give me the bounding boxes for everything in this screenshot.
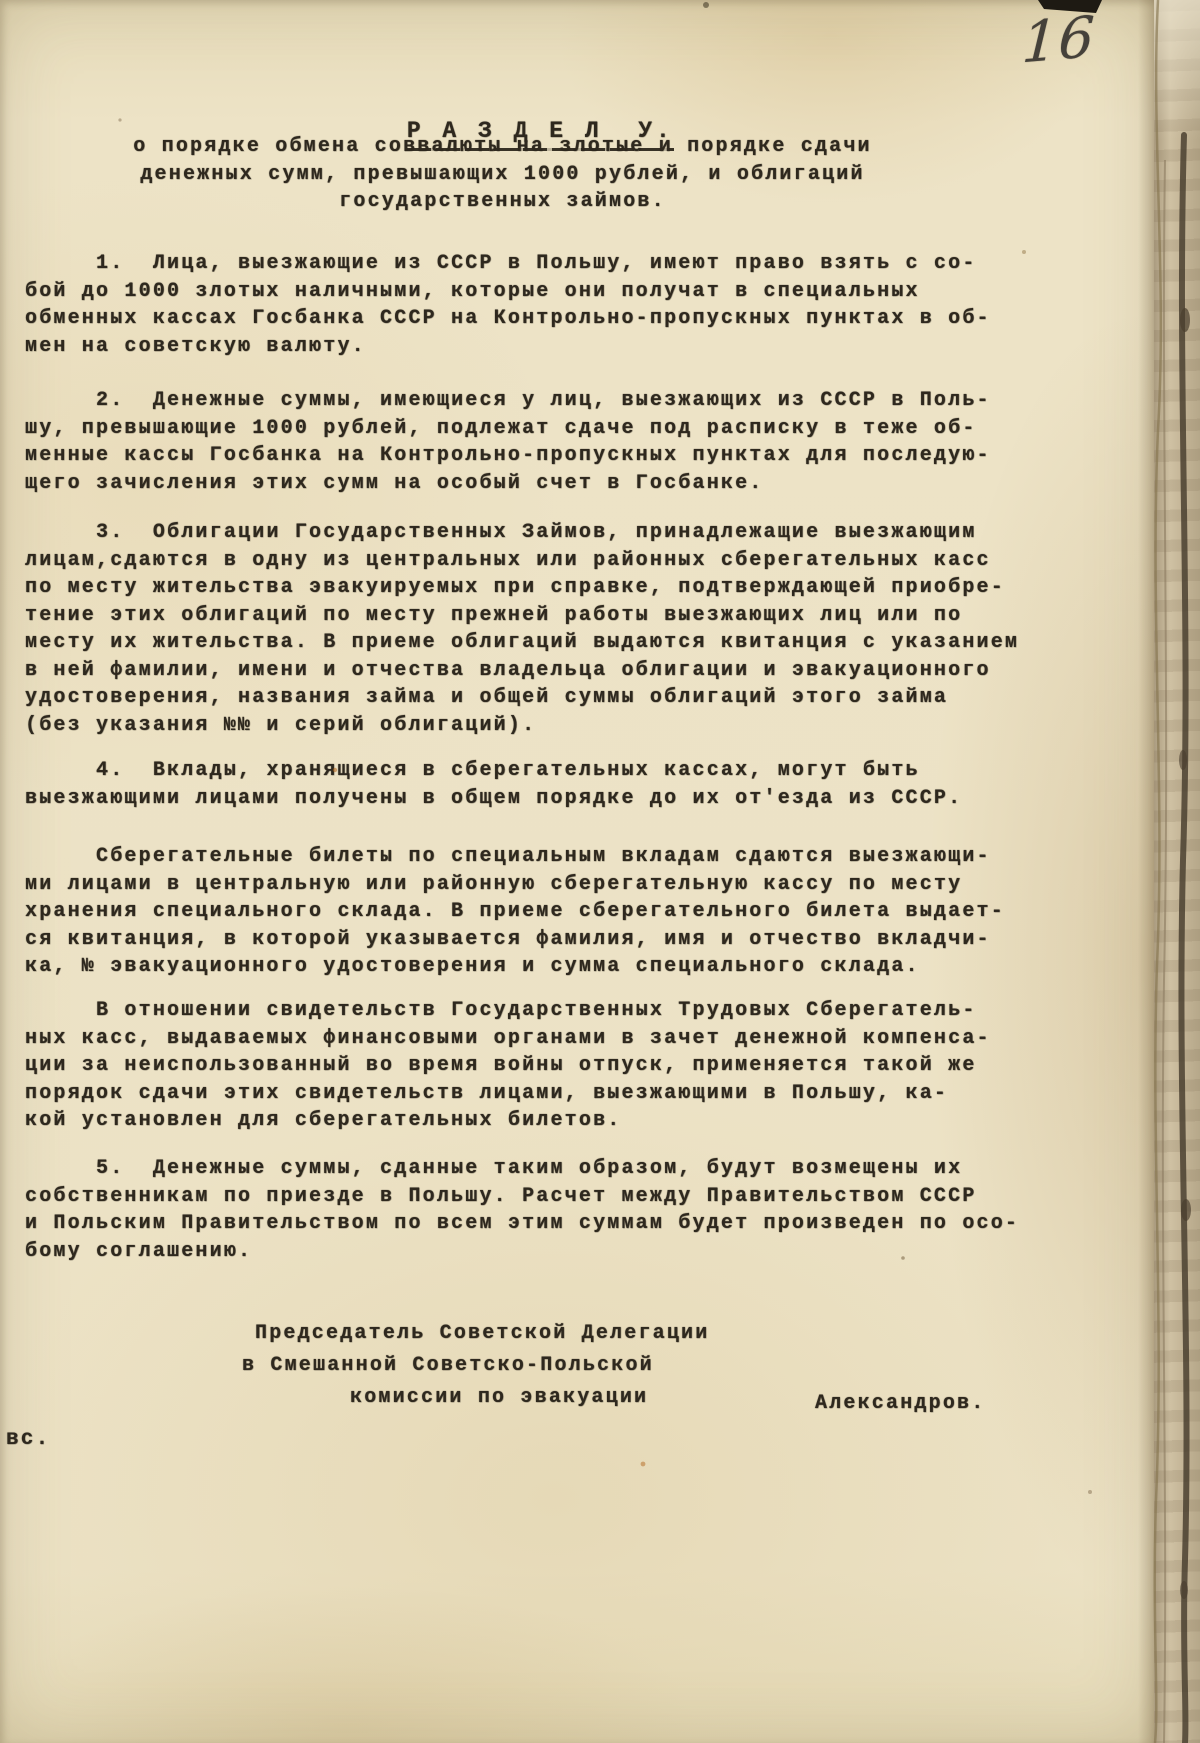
signature-name: Александров. [815, 1390, 985, 1418]
section-subtitle: о порядке обмена соввалюты на злотые и п… [25, 133, 980, 216]
paragraph-5-savings-tickets: Сберегательные билеты по специальным вкл… [25, 843, 1055, 981]
paragraph-7: 5. Денежные суммы, сданные таким образом… [25, 1155, 1055, 1265]
scanned-document-page: 16 Р А З Д Е Л У. о порядке обмена совва… [0, 0, 1200, 1743]
paragraph-4: 4. Вклады, хранящиеся в сберегательных к… [25, 757, 1055, 812]
paragraph-6-certificates: В отношении свидетельств Государственных… [25, 997, 1055, 1135]
handwritten-page-number: 16 [1020, 5, 1096, 77]
typist-initials: вс. [6, 1426, 50, 1454]
paragraph-3: 3. Облигации Государственных Займов, при… [25, 519, 1055, 739]
signature-line-1: Председатель Советской Делегации [255, 1320, 709, 1348]
torn-page-edge [1154, 0, 1200, 1743]
signature-line-3: комиссии по эвакуации [350, 1384, 648, 1412]
signature-line-2: в Смешанной Советско-Польской [242, 1352, 654, 1380]
paragraph-1: 1. Лица, выезжающие из СССР в Польшу, им… [25, 250, 1055, 360]
paragraph-2: 2. Денежные суммы, имеющиеся у лиц, выез… [25, 387, 1055, 497]
